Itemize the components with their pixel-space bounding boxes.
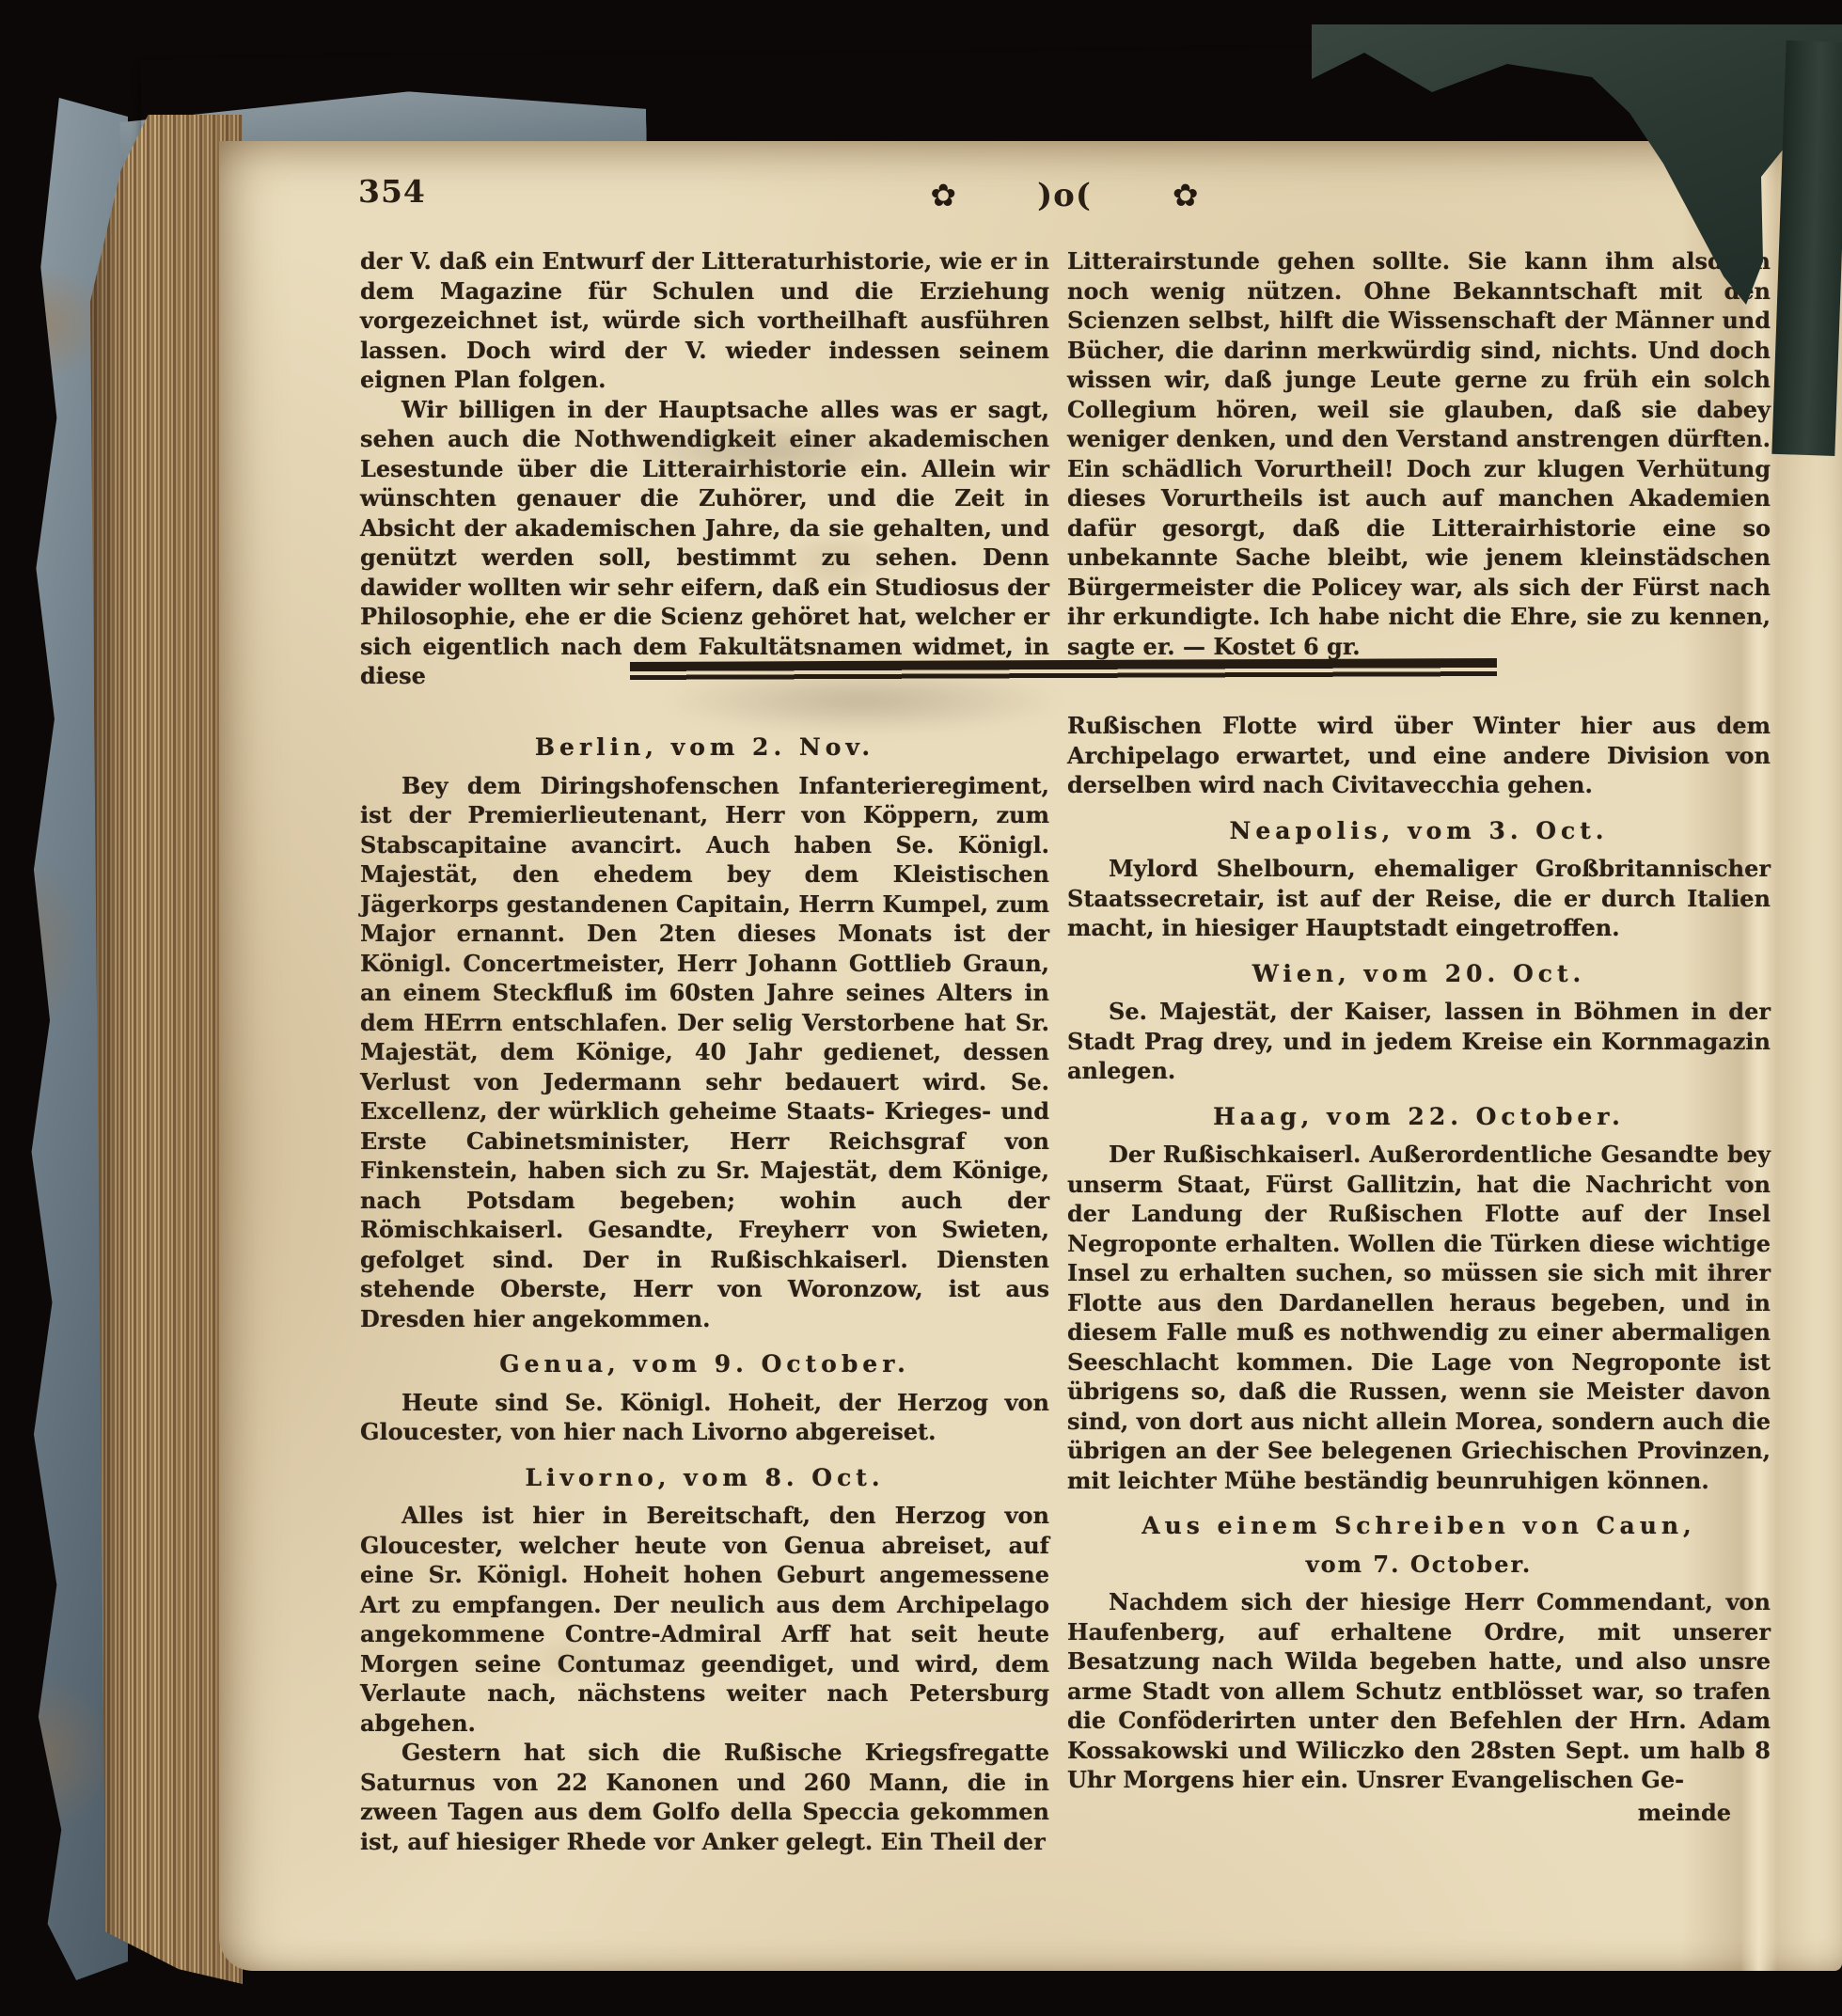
section-heading: Genua, vom 9. October. (360, 1349, 1049, 1379)
body-paragraph: Se. Majestät, der Kaiser, lassen in Böhm… (1067, 997, 1771, 1086)
body-paragraph: Mylord Shelbourn, ehemaliger Großbritann… (1067, 854, 1771, 943)
body-paragraph: Alles ist hier in Bereitschaft, den Herz… (360, 1501, 1049, 1738)
section-heading: Aus einem Schreiben von Caun, (1067, 1511, 1771, 1541)
column-separator-mark: )o( (1037, 179, 1092, 213)
body-paragraph: der V. daß ein Entwurf der Litteraturhis… (360, 246, 1049, 395)
body-paragraph: Wir billigen in der Hauptsache alles was… (360, 395, 1049, 691)
catchword: meinde (1067, 1798, 1771, 1828)
body-paragraph: Bey dem Diringshofenschen Infanterieregi… (360, 771, 1049, 1334)
body-paragraph: Heute sind Se. Königl. Hoheit, der Herzo… (360, 1388, 1049, 1447)
section-heading: Wien, vom 20. Oct. (1067, 959, 1771, 989)
scanned-book-photo: { "page": { "number": "354", "ornaments"… (0, 0, 1842, 2016)
florette-icon: ✿ (930, 179, 956, 213)
section-divider-rule (630, 658, 1497, 683)
section-heading: Haag, vom 22. October. (1067, 1102, 1771, 1132)
body-paragraph: Nachdem sich der hiesige Herr Commendant… (1067, 1587, 1771, 1795)
body-paragraph: Rußischen Flotte wird über Winter hier a… (1067, 711, 1771, 800)
body-paragraph: Gestern hat sich die Rußische Kriegsfreg… (360, 1738, 1049, 1856)
section-heading: Berlin, vom 2. Nov. (360, 732, 1049, 763)
review-column-left: der V. daß ein Entwurf der Litteraturhis… (360, 246, 1049, 691)
review-column-right: Litterairstunde gehen sollte. Sie kann i… (1067, 246, 1771, 661)
section-subheading: vom 7. October. (1067, 1550, 1771, 1580)
section-heading: Livorno, vom 8. Oct. (360, 1463, 1049, 1493)
news-column-right: Rußischen Flotte wird über Winter hier a… (1067, 711, 1771, 1827)
body-paragraph: Der Rußischkaiserl. Außerordentliche Ges… (1067, 1140, 1771, 1495)
body-paragraph: Litterairstunde gehen sollte. Sie kann i… (1067, 246, 1771, 661)
section-heading: Neapolis, vom 3. Oct. (1067, 816, 1771, 846)
book-page: 354 ✿ )o( ✿ der V. daß ein Entwurf der L… (219, 141, 1842, 1971)
header-ornaments: ✿ )o( ✿ (360, 179, 1769, 213)
news-column-left: Berlin, vom 2. Nov.Bey dem Diringshofens… (360, 717, 1049, 1856)
florette-icon: ✿ (1173, 179, 1199, 213)
